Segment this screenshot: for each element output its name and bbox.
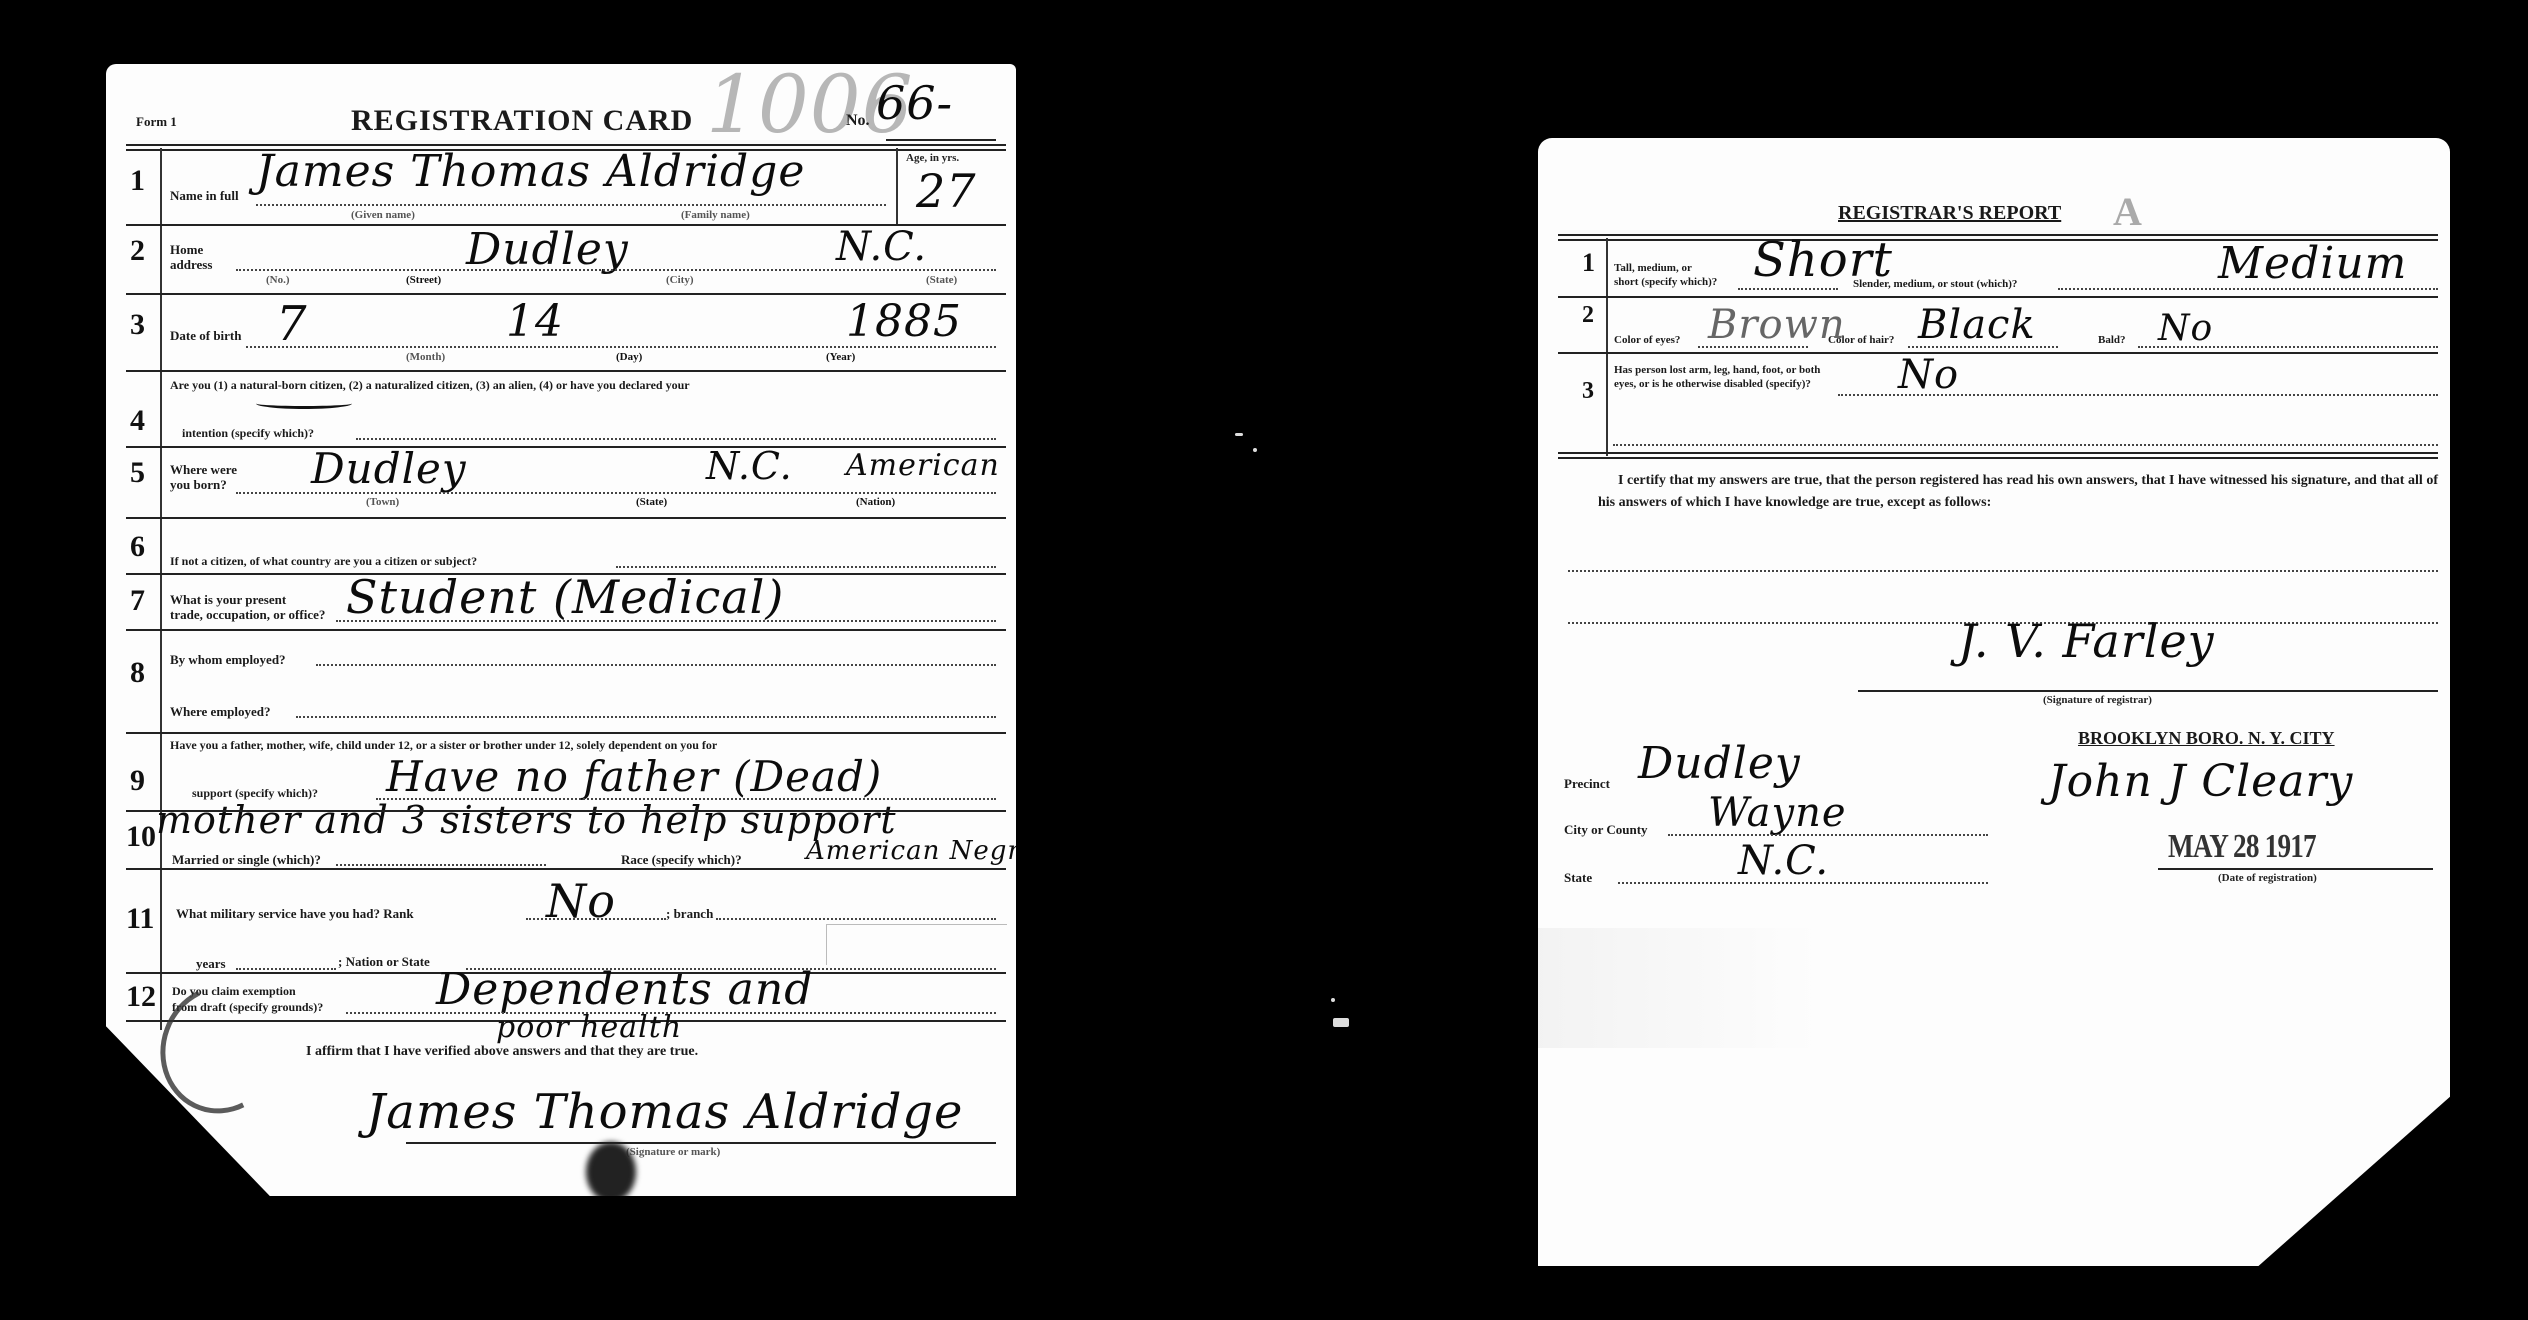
paper-stain [1538,928,1818,1048]
state-label: State [1564,870,1592,886]
birth-date-label: Date of birth [170,328,242,343]
row-number: 6 [130,530,145,564]
registration-date-stamp: MAY 28 1917 [2168,828,2316,866]
race-label: Race (specify which)? [621,852,742,867]
age-label: Age, in yrs. [906,152,959,164]
row-number: 9 [130,764,145,798]
row-number: 5 [130,456,145,490]
registrant-signature: James Thomas Aldridge [366,1084,963,1140]
background-speck [1331,998,1335,1002]
birthplace-label-2: you born? [170,477,227,492]
row-number: 2 [1582,302,1594,329]
town-caption: (Town) [366,496,399,508]
citizen-country-label: If not a citizen, of what country are yo… [170,554,477,569]
faint-paper-mark [826,924,1007,965]
bald-value: No [2158,308,2213,349]
citizenship-question: Are you (1) a natural-born citizen, (2) … [170,378,690,393]
age-value: 27 [916,164,977,218]
given-name-caption: (Given name) [351,209,415,221]
family-name-caption: (Family name) [681,209,750,221]
disability-value: No [1898,352,1959,398]
birth-state-value: N.C. [706,444,793,488]
precinct-label: Precinct [1564,776,1610,792]
row-number: 1 [1582,248,1595,278]
no-caption: (No.) [266,274,290,286]
dependents-value: Have no father (Dead) [386,752,882,801]
dependents-value-2: mother and 3 sisters to help support [156,798,897,842]
row-number: 2 [130,234,145,268]
name-value: James Thomas Aldridge [256,146,805,197]
street-caption: (Street) [406,274,441,286]
row-number: 8 [130,656,145,690]
race-value: American Negro [806,836,1038,866]
exemption-value-2: poor health [496,1010,682,1045]
nation-state-label: ; Nation or State [338,954,430,969]
row-number-divider [1606,238,1608,456]
employer-label: By whom employed? [170,652,286,667]
row-number: 3 [130,308,145,342]
nation-caption: (Nation) [856,496,895,508]
state-caption: (State) [636,496,667,508]
citizenship-question-2: intention (specify which)? [182,426,314,441]
eye-color-value: Brown [1708,302,1846,348]
branch-label: ; branch [666,906,713,921]
birth-town-value: Dudley [311,444,467,493]
clerk-signature: John J Cleary [2048,756,2353,807]
row-number: 12 [126,980,156,1014]
build-value: Medium [2218,238,2407,289]
employment-place-label: Where employed? [170,704,271,719]
years-label: years [196,956,226,971]
card-title: REGISTRATION CARD [351,104,693,138]
row-number: 11 [126,902,154,936]
row-number: 7 [130,584,145,618]
number-value: 66- [876,76,953,130]
county-label: City or County [1564,822,1648,838]
report-title: REGISTRAR'S REPORT [1838,202,2061,225]
day-caption: (Day) [616,351,642,363]
home-city-value: Dudley [466,224,629,275]
birth-month-value: 7 [276,296,308,352]
home-state-value: N.C. [836,224,927,270]
registrar-report-card: REGISTRAR'S REPORT A 1 Tall, medium, or … [1538,138,2450,1266]
county-value: Wayne [1708,790,1847,836]
hair-color-value: Black [1918,302,2036,348]
background-speck [1333,1018,1349,1027]
precinct-value: Dudley [1638,738,1801,789]
form-label: Form 1 [136,114,177,129]
signature-caption: (Signature or mark) [626,1146,720,1158]
row-number: 10 [126,820,156,854]
date-caption: (Date of registration) [2218,872,2317,884]
row-number: 1 [130,164,145,198]
row-number: 3 [1582,378,1594,405]
natural-born-underline [256,398,352,409]
height-label: Tall, medium, or [1614,262,1692,274]
city-caption: (City) [666,274,694,286]
disability-label: Has person lost arm, leg, hand, foot, or… [1614,364,1820,376]
certification-text: I certify that my answers are true, that… [1598,470,2438,514]
hair-color-label: Color of hair? [1828,334,1894,346]
faint-stamp-mark: A [2113,188,2142,235]
birth-day-value: 14 [506,296,564,347]
ink-smudge [586,1142,636,1202]
number-label: No. [846,112,870,130]
eye-color-label: Color of eyes? [1614,334,1680,346]
registrar-caption: (Signature of registrar) [2043,694,2152,706]
birth-year-value: 1885 [846,296,962,347]
affirmation-text: I affirm that I have verified above answ… [306,1044,698,1060]
occupation-label: What is your present [170,592,286,607]
marital-status-label: Married or single (which)? [172,852,321,867]
exemption-value: Dependents and [436,964,813,1015]
bald-label: Bald? [2098,334,2126,346]
occupation-value: Student (Medical) [346,570,784,624]
row-number: 4 [130,404,145,438]
height-label-2: short (specify which)? [1614,276,1717,288]
registrar-signature: J. V. Farley [1958,614,2215,668]
row-number-divider [160,148,162,1030]
occupation-label-2: trade, occupation, or office? [170,607,325,622]
disability-label-2: eyes, or is he otherwise disabled (speci… [1614,378,1811,390]
state-value: N.C. [1738,838,1829,884]
home-address-label: Home [170,242,203,257]
background-speck [1235,433,1243,436]
month-caption: (Month) [406,351,445,363]
birth-nation-value: American [846,448,1000,483]
registration-card: Form 1 REGISTRATION CARD 1006 No. 66- 1 … [106,64,1016,1196]
home-address-label-2: address [170,257,212,272]
background-speck [1253,448,1257,452]
state-caption: (State) [926,274,957,286]
name-label: Name in full [170,188,239,203]
military-service-label: What military service have you had? Rank [176,906,414,921]
build-label: Slender, medium, or stout (which)? [1853,278,2017,290]
dependents-question: Have you a father, mother, wife, child u… [170,738,717,753]
office-stamp: BROOKLYN BORO. N. Y. CITY [2078,728,2335,749]
year-caption: (Year) [826,351,855,363]
birthplace-label: Where were [170,462,237,477]
